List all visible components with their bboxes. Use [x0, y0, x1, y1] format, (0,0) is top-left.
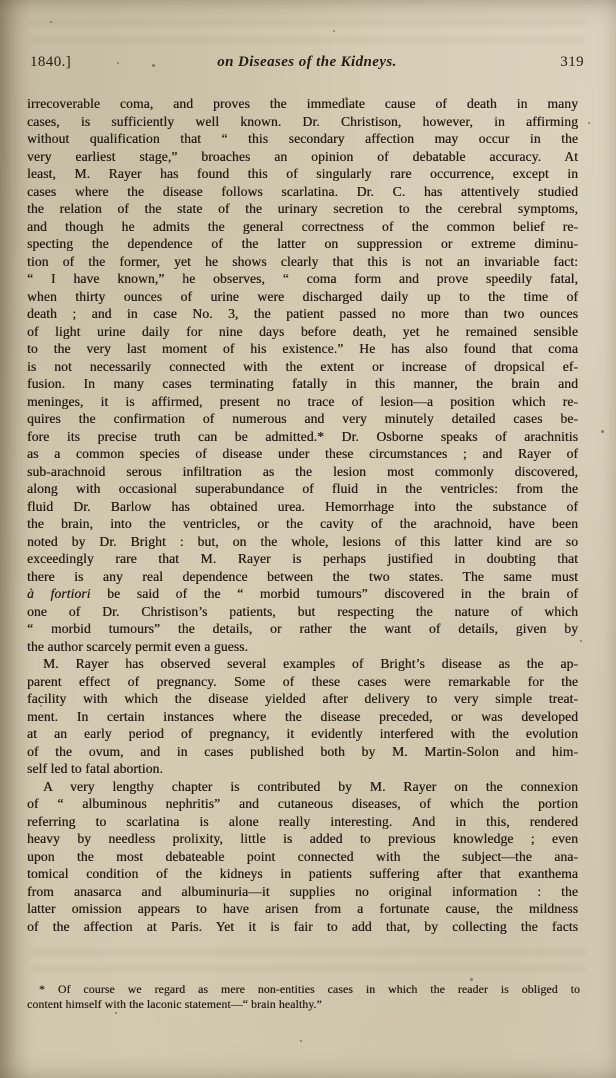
text-segment: upon the most debateable point connected…	[27, 849, 578, 864]
text-line: the relation of the state of the urinary…	[27, 200, 578, 218]
text-line: is not necessarily connected with the ex…	[27, 358, 578, 376]
text-segment: without qualification that “ this second…	[27, 131, 578, 146]
text-line: “ I have known,” he observes, “ coma for…	[27, 270, 578, 288]
text-line: the author scarcely permit even a guess.	[27, 638, 578, 656]
text-line: A very lengthy chapter is contributed by…	[27, 778, 578, 796]
text-segment: heavy by needless prolixity, little is a…	[27, 831, 578, 846]
text-segment: when thirty ounces of urine were dischar…	[27, 289, 578, 304]
text-line: latter omission appears to have arisen f…	[27, 900, 578, 918]
scanned-book-page: 1840.] on Diseases of the Kidneys. 319 i…	[0, 0, 616, 1078]
text-line: cases, is sufficiently well known. Dr. C…	[27, 113, 578, 131]
text-line: of the ovum, and in cases published both…	[27, 743, 578, 761]
text-line: there is any real dependence between the…	[27, 568, 578, 586]
text-segment: very earliest stage,” broaches an opinio…	[27, 149, 578, 164]
text-segment: from anasarca and albuminuria—it supplie…	[27, 884, 578, 899]
text-line: content himself with the laconic stateme…	[27, 997, 580, 1012]
text-line: tomical condition of the kidneys in pati…	[27, 865, 578, 883]
text-line: specting the dependence of the latter on…	[27, 235, 578, 253]
text-line: least, M. Rayer has found this of singul…	[27, 165, 578, 183]
text-line: à fortiori be said of the “ morbid tumou…	[27, 585, 578, 603]
text-segment: as a common species of disease under the…	[27, 446, 578, 461]
text-segment: irrecoverable coma, and proves the immed…	[27, 96, 578, 111]
text-line: “ morbid tumours” the details, or rather…	[27, 620, 578, 638]
text-line: one of Dr. Christison’s patients, but re…	[27, 603, 578, 621]
text-line: cases where the disease follows scarlati…	[27, 183, 578, 201]
paper-speck	[300, 1040, 302, 1042]
text-segment: “ I have known,” he observes, “ coma for…	[27, 271, 578, 286]
text-segment: referring to scarlatina is alone really …	[27, 814, 578, 829]
header-year: 1840.]	[30, 54, 71, 71]
text-line: as a common species of disease under the…	[27, 445, 578, 463]
text-segment: the relation of the state of the urinary…	[27, 201, 578, 216]
text-line: facility with which the disease yielded …	[27, 690, 578, 708]
text-segment: cases, is sufficiently well known. Dr. C…	[27, 114, 578, 129]
text-segment: self led to fatal abortion.	[27, 761, 163, 776]
text-line: M. Rayer has observed several examples o…	[27, 655, 578, 673]
text-line: without qualification that “ this second…	[27, 130, 578, 148]
text-segment: content himself with the laconic stateme…	[27, 997, 322, 1011]
text-line: very earliest stage,” broaches an opinio…	[27, 148, 578, 166]
text-segment: facility with which the disease yielded …	[27, 691, 578, 706]
text-line: ment. In certain instances where the dis…	[27, 708, 578, 726]
text-segment: sub-arachnoid serous infiltration as the…	[27, 464, 578, 479]
text-line: and though he admits the general correct…	[27, 218, 578, 236]
text-line: irrecoverable coma, and proves the immed…	[27, 95, 578, 113]
text-segment: of “ albuminous nephritis” and cutaneous…	[27, 796, 578, 811]
text-segment: ment. In certain instances where the dis…	[27, 709, 578, 724]
text-line: of the affection at Paris. Yet it is fai…	[27, 918, 578, 936]
text-segment: the brain, into the ventricles, or the c…	[27, 516, 578, 531]
page-header: 1840.] on Diseases of the Kidneys. 319	[30, 54, 584, 74]
text-line: tion of the former, yet he shows clearly…	[27, 253, 578, 271]
paper-speck	[588, 122, 590, 124]
text-segment: least, M. Rayer has found this of singul…	[27, 166, 578, 181]
paragraph: M. Rayer has observed several examples o…	[27, 655, 578, 778]
text-segment: one of Dr. Christison’s patients, but re…	[27, 604, 578, 619]
page-number: 319	[560, 54, 584, 71]
running-title: on Diseases of the Kidneys.	[217, 54, 397, 71]
text-line: quires the confirmation of numerous and …	[27, 410, 578, 428]
paragraph: A very lengthy chapter is contributed by…	[27, 778, 578, 936]
text-segment: along with occasional superabundance of …	[27, 481, 578, 496]
text-segment: fore its precise truth can be admitted.*…	[27, 429, 578, 444]
text-line: meninges, it is affirmed, present no tra…	[27, 393, 578, 411]
text-segment: fusion. In many cases terminating fatall…	[27, 376, 578, 391]
text-segment: be said of the “ morbid tumours” discove…	[91, 586, 578, 601]
text-segment: is not necessarily connected with the ex…	[27, 359, 578, 374]
text-line: heavy by needless prolixity, little is a…	[27, 830, 578, 848]
paper-speck	[50, 21, 52, 23]
text-segment: M. Rayer has observed several examples o…	[43, 656, 578, 671]
text-segment: of light urine daily for nine days befor…	[27, 324, 578, 339]
text-line: exceedingly rare that M. Rayer is perhap…	[27, 550, 578, 568]
text-segment: of the ovum, and in cases published both…	[27, 744, 578, 759]
body-paragraphs: irrecoverable coma, and proves the immed…	[27, 95, 578, 935]
text-line: along with occasional superabundance of …	[27, 480, 578, 498]
text-line: referring to scarlatina is alone really …	[27, 813, 578, 831]
text-line: noted by Dr. Bright : but, on the whole,…	[27, 533, 578, 551]
text-segment: of the affection at Paris. Yet it is fai…	[27, 919, 578, 934]
footnote: * Of course we regard as mere non-entiti…	[27, 982, 580, 1013]
text-segment: the author scarcely permit even a guess.	[27, 639, 248, 654]
italic-text-segment: à fortiori	[27, 586, 91, 601]
text-segment: at an early period of pregnancy, it evid…	[27, 726, 578, 741]
paper-speck	[333, 30, 335, 32]
text-segment: and though he admits the general correct…	[27, 219, 578, 234]
text-segment: exceedingly rare that M. Rayer is perhap…	[27, 551, 578, 566]
text-line: fore its precise truth can be admitted.*…	[27, 428, 578, 446]
text-line: fluid Dr. Barlow has obtained urea. Hemo…	[27, 498, 578, 516]
paper-speck	[580, 640, 582, 642]
text-segment: meninges, it is affirmed, present no tra…	[27, 394, 578, 409]
text-line: death ; and in case No. 3, the patient p…	[27, 305, 578, 323]
text-line: from anasarca and albuminuria—it supplie…	[27, 883, 578, 901]
text-line: the brain, into the ventricles, or the c…	[27, 515, 578, 533]
text-segment: * Of course we regard as mere non-entiti…	[39, 982, 580, 996]
text-line: parent effect of pregnancy. Some of thes…	[27, 673, 578, 691]
text-segment: cases where the disease follows scarlati…	[27, 184, 578, 199]
paragraph: irrecoverable coma, and proves the immed…	[27, 95, 578, 655]
text-segment: tomical condition of the kidneys in pati…	[27, 866, 578, 881]
text-line: at an early period of pregnancy, it evid…	[27, 725, 578, 743]
text-segment: noted by Dr. Bright : but, on the whole,…	[27, 534, 578, 549]
text-line: upon the most debateable point connected…	[27, 848, 578, 866]
text-segment: A very lengthy chapter is contributed by…	[43, 779, 578, 794]
text-segment: parent effect of pregnancy. Some of thes…	[27, 674, 578, 689]
text-line: of light urine daily for nine days befor…	[27, 323, 578, 341]
paper-speck	[470, 978, 473, 981]
show-through-texture	[30, 14, 586, 44]
text-segment: latter omission appears to have arisen f…	[27, 901, 578, 916]
text-line: to the very last moment of his existence…	[27, 340, 578, 358]
paper-speck	[601, 430, 604, 433]
text-segment: death ; and in case No. 3, the patient p…	[27, 306, 578, 321]
text-line: self led to fatal abortion.	[27, 760, 578, 778]
text-line: * Of course we regard as mere non-entiti…	[27, 982, 580, 997]
text-segment: “ morbid tumours” the details, or rather…	[27, 621, 578, 636]
text-segment: fluid Dr. Barlow has obtained urea. Hemo…	[27, 499, 578, 514]
footnote-paragraph: * Of course we regard as mere non-entiti…	[27, 982, 580, 1013]
text-segment: to the very last moment of his existence…	[27, 341, 578, 356]
text-segment: tion of the former, yet he shows clearly…	[27, 254, 578, 269]
show-through-texture	[30, 943, 586, 971]
text-line: when thirty ounces of urine were dischar…	[27, 288, 578, 306]
text-line: of “ albuminous nephritis” and cutaneous…	[27, 795, 578, 813]
text-segment: quires the confirmation of numerous and …	[27, 411, 578, 426]
text-segment: specting the dependence of the latter on…	[27, 236, 578, 251]
text-line: fusion. In many cases terminating fatall…	[27, 375, 578, 393]
text-line: sub-arachnoid serous infiltration as the…	[27, 463, 578, 481]
text-segment: there is any real dependence between the…	[27, 569, 578, 584]
